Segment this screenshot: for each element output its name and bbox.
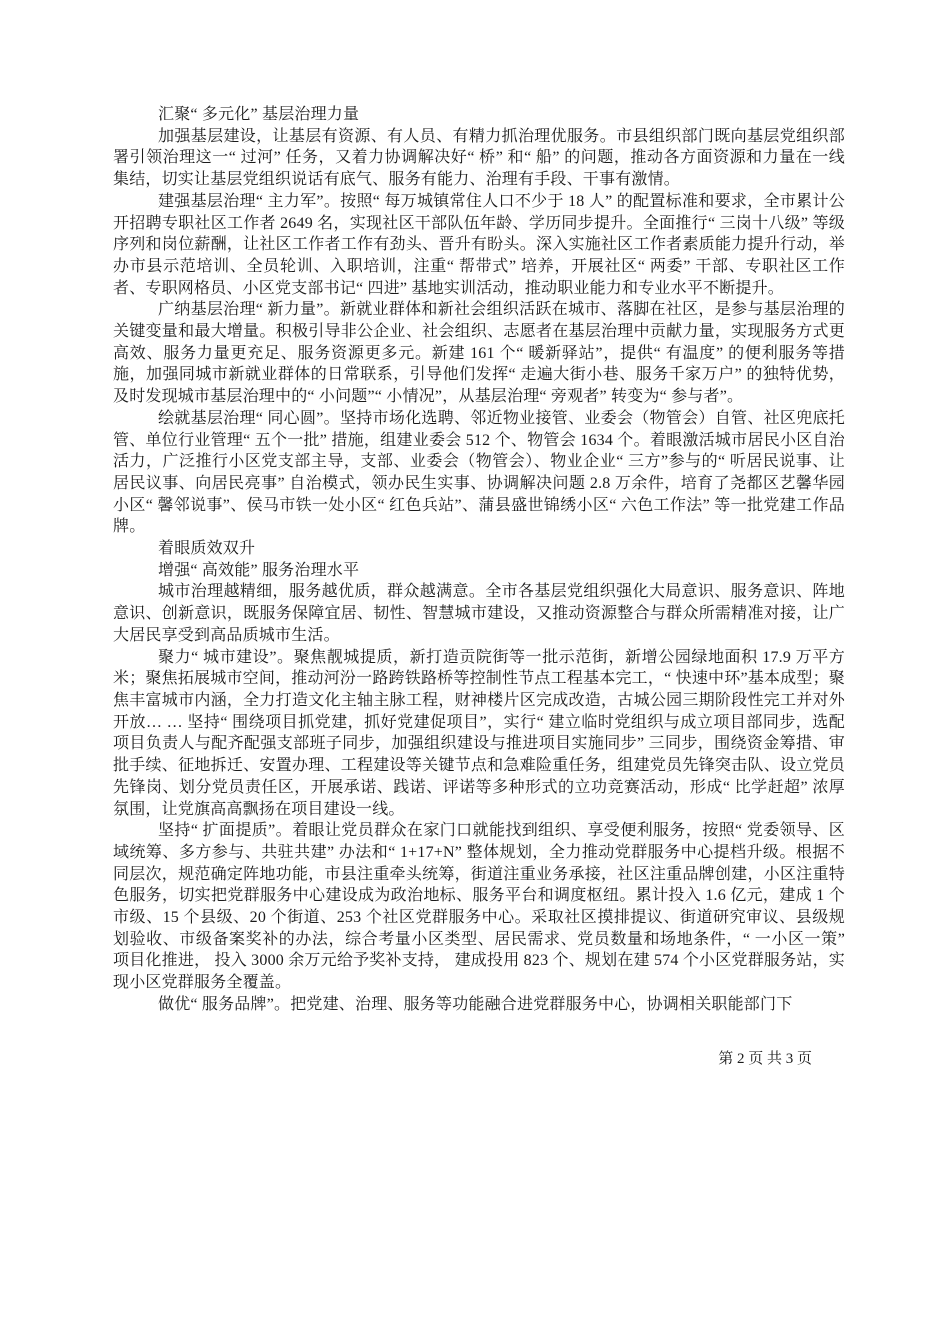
section-heading: 增强“ 高效能” 服务治理水平 bbox=[113, 560, 845, 582]
section-heading: 着眼质效双升 bbox=[113, 538, 845, 560]
paragraph: 建强基层治理“ 主力军”。按照“ 每万城镇常住人口不少于 18 人” 的配置标准… bbox=[113, 191, 845, 300]
paragraph: 广纳基层治理“ 新力量”。新就业群体和新社会组织活跃在城市、落脚在社区，是参与基… bbox=[113, 299, 845, 408]
paragraph: 做优“ 服务品牌”。把党建、治理、服务等功能融合进党群服务中心，协调相关职能部门… bbox=[113, 994, 845, 1016]
paragraph: 坚持“ 扩面提质”。着眼让党员群众在家门口就能找到组织、享受便利服务，按照“ 党… bbox=[113, 820, 845, 994]
paragraph: 城市治理越精细，服务越优质，群众越满意。全市各基层党组织强化大局意识、服务意识、… bbox=[113, 581, 845, 646]
paragraph: 聚力“ 城市建设”。聚焦靓城提质，新打造贡院街等一批示范街，新增公园绿地面积 1… bbox=[113, 647, 845, 821]
paragraph: 加强基层建设，让基层有资源、有人员、有精力抓治理优服务。市县组织部门既向基层党组… bbox=[113, 126, 845, 191]
document-page: 汇聚“ 多元化” 基层治理力量 加强基层建设，让基层有资源、有人员、有精力抓治理… bbox=[0, 0, 950, 1344]
paragraph: 绘就基层治理“ 同心圆”。坚持市场化选聘、邻近物业接管、业委会（物管会）自管、社… bbox=[113, 408, 845, 538]
section-heading: 汇聚“ 多元化” 基层治理力量 bbox=[113, 104, 845, 126]
page-number: 第 2 页 共 3 页 bbox=[113, 1050, 845, 1068]
